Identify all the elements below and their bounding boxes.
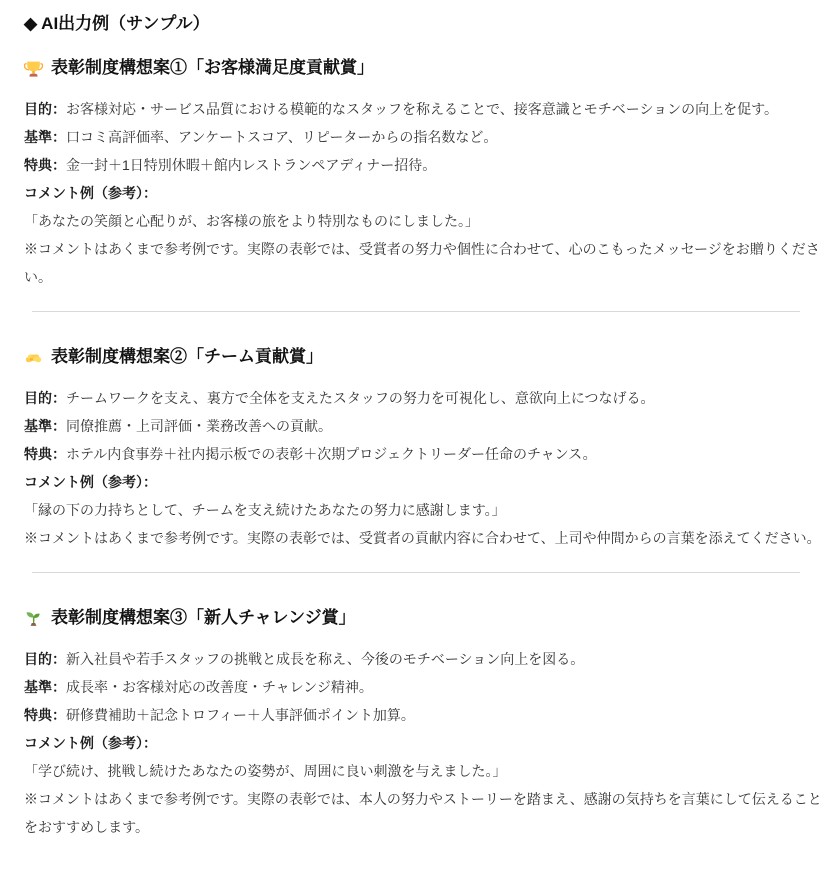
comment-note: ※コメントはあくまで参考例です。実際の表彰では、受賞者の貢献内容に合わせて、上司… — [24, 524, 824, 552]
criteria-label: 基準： — [24, 418, 66, 434]
purpose-line: 目的：お客様対応・サービス品質における模範的なスタッフを称えることで、接客意識と… — [24, 95, 824, 123]
criteria-label: 基準： — [24, 129, 66, 145]
criteria-text: 口コミ高評価率、アンケートスコア、リピーターからの指名数など。 — [66, 129, 497, 145]
award-body-1: 目的：お客様対応・サービス品質における模範的なスタッフを称えることで、接客意識と… — [24, 95, 824, 291]
criteria-line: 基準：成長率・お客様対応の改善度・チャレンジ精神。 — [24, 673, 824, 701]
comment-label-line: コメント例（参考）： — [24, 179, 824, 207]
comment-quote: 「縁の下の力持ちとして、チームを支え続けたあなたの努力に感謝します。」 — [24, 496, 824, 524]
document-page: ◆ AI出力例（サンプル） 表彰制度構想案①「お客様満足度貢献賞」 目的：お客様… — [0, 0, 832, 841]
criteria-text: 同僚推薦・上司評価・業務改善への貢献。 — [66, 418, 332, 434]
comment-note: ※コメントはあくまで参考例です。実際の表彰では、本人の努力やストーリーを踏まえ、… — [24, 785, 824, 841]
purpose-line: 目的：チームワークを支え、裏方で全体を支えたスタッフの努力を可視化し、意欲向上に… — [24, 384, 824, 412]
benefit-label: 特典： — [24, 707, 66, 723]
award-body-2: 目的：チームワークを支え、裏方で全体を支えたスタッフの努力を可視化し、意欲向上に… — [24, 384, 824, 552]
award-heading-text-3: 表彰制度構想案③「新人チャレンジ賞」 — [51, 606, 356, 630]
comment-note: ※コメントはあくまで参考例です。実際の表彰では、受賞者の努力や個性に合わせて、心… — [24, 235, 824, 291]
award-heading-3: 表彰制度構想案③「新人チャレンジ賞」 — [24, 606, 824, 630]
benefit-line: 特典：研修費補助＋記念トロフィー＋人事評価ポイント加算。 — [24, 701, 824, 729]
award-body-3: 目的：新入社員や若手スタッフの挑戦と成長を称え、今後のモチベーション向上を図る。… — [24, 645, 824, 841]
benefit-label: 特典： — [24, 446, 66, 462]
comment-label-line: コメント例（参考）： — [24, 729, 824, 757]
section-divider-2 — [32, 572, 800, 573]
criteria-line: 基準：口コミ高評価率、アンケートスコア、リピーターからの指名数など。 — [24, 123, 824, 151]
award-heading-2: 表彰制度構想案②「チーム貢献賞」 — [24, 345, 824, 369]
award-section-2: 表彰制度構想案②「チーム貢献賞」 目的：チームワークを支え、裏方で全体を支えたス… — [24, 345, 824, 552]
award-heading-1: 表彰制度構想案①「お客様満足度貢献賞」 — [24, 56, 824, 80]
criteria-label: 基準： — [24, 679, 66, 695]
seedling-icon — [24, 609, 43, 628]
award-heading-text-1: 表彰制度構想案①「お客様満足度貢献賞」 — [51, 56, 374, 80]
criteria-text: 成長率・お客様対応の改善度・チャレンジ精神。 — [66, 679, 373, 695]
benefit-text: 研修費補助＋記念トロフィー＋人事評価ポイント加算。 — [66, 707, 415, 723]
criteria-line: 基準：同僚推薦・上司評価・業務改善への貢献。 — [24, 412, 824, 440]
award-section-3: 表彰制度構想案③「新人チャレンジ賞」 目的：新入社員や若手スタッフの挑戦と成長を… — [24, 606, 824, 841]
purpose-line: 目的：新入社員や若手スタッフの挑戦と成長を称え、今後のモチベーション向上を図る。 — [24, 645, 824, 673]
comment-quote: 「あなたの笑顔と心配りが、お客様の旅をより特別なものにしました。」 — [24, 207, 824, 235]
award-section-1: 表彰制度構想案①「お客様満足度貢献賞」 目的：お客様対応・サービス品質における模… — [24, 56, 824, 291]
section-divider-1 — [32, 311, 800, 312]
handshake-icon — [24, 348, 43, 367]
purpose-text: 新入社員や若手スタッフの挑戦と成長を称え、今後のモチベーション向上を図る。 — [66, 651, 584, 667]
purpose-label: 目的： — [24, 651, 66, 667]
purpose-label: 目的： — [24, 101, 66, 117]
comment-label-line: コメント例（参考）： — [24, 468, 824, 496]
purpose-label: 目的： — [24, 390, 66, 406]
benefit-label: 特典： — [24, 157, 66, 173]
benefit-text: 金一封＋1日特別休暇＋館内レストランペアディナー招待。 — [66, 157, 436, 173]
benefit-line: 特典：ホテル内食事券＋社内掲示板での表彰＋次期プロジェクトリーダー任命のチャンス… — [24, 440, 824, 468]
purpose-text: お客様対応・サービス品質における模範的なスタッフを称えることで、接客意識とモチベ… — [66, 101, 778, 117]
trophy-icon — [24, 59, 43, 78]
purpose-text: チームワークを支え、裏方で全体を支えたスタッフの努力を可視化し、意欲向上につなげ… — [66, 390, 655, 406]
page-title: ◆ AI出力例（サンプル） — [24, 12, 824, 36]
benefit-text: ホテル内食事券＋社内掲示板での表彰＋次期プロジェクトリーダー任命のチャンス。 — [66, 446, 597, 462]
comment-quote: 「学び続け、挑戦し続けたあなたの姿勢が、周囲に良い刺激を与えました。」 — [24, 757, 824, 785]
award-heading-text-2: 表彰制度構想案②「チーム貢献賞」 — [51, 345, 323, 369]
benefit-line: 特典：金一封＋1日特別休暇＋館内レストランペアディナー招待。 — [24, 151, 824, 179]
